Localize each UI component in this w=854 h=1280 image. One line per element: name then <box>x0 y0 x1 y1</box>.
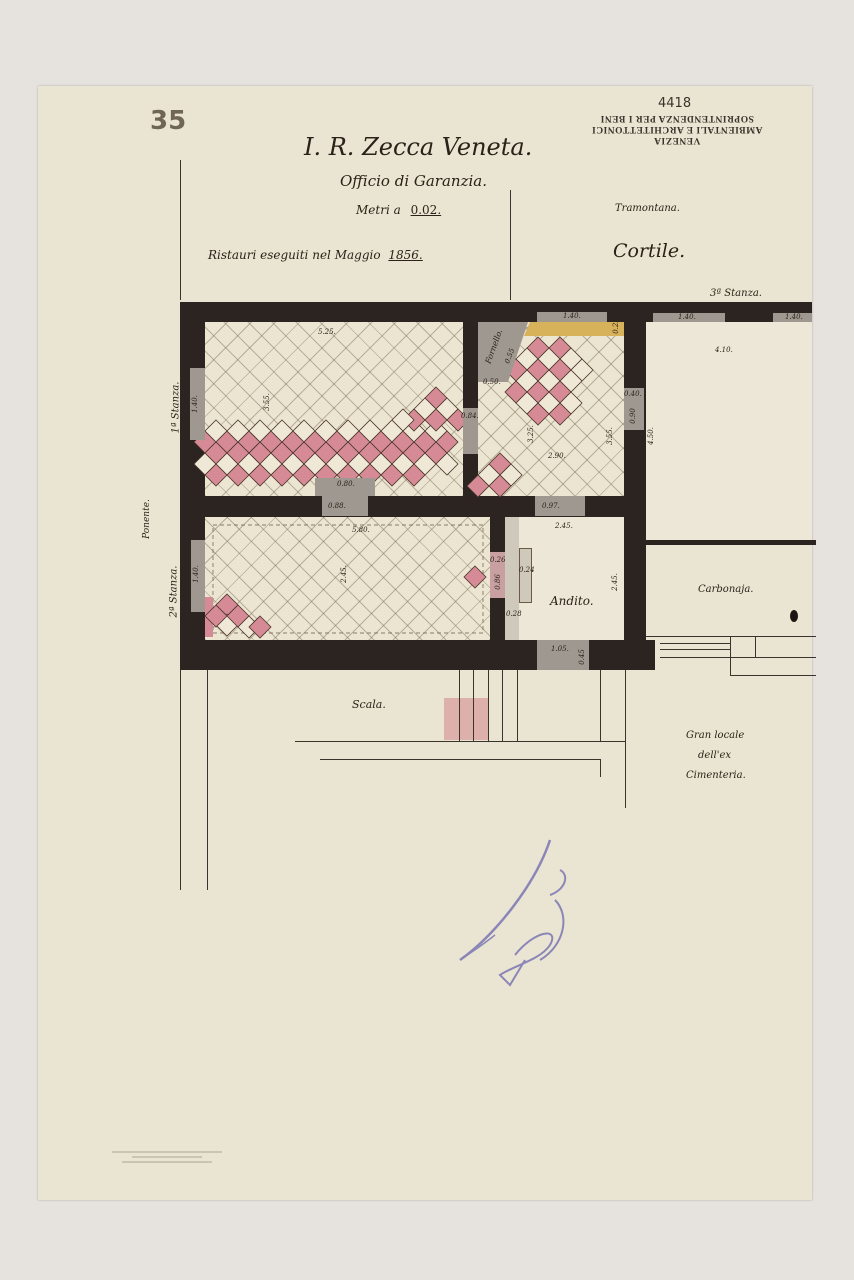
step-line <box>660 643 730 644</box>
room2-label: 2ª Stanza. <box>168 566 179 618</box>
dim-room1-bottom-door: 0.80. <box>337 480 355 488</box>
stairs-label: Scala. <box>352 698 386 711</box>
scale-value: 0.02. <box>411 203 442 217</box>
wall-mid-v <box>463 302 478 502</box>
dim-anteroom-depth: 2.45. <box>611 573 619 591</box>
guide-line <box>600 759 601 777</box>
dim-room-mid-bottom-door: 0.97. <box>542 502 560 510</box>
dim-anteroom-bottom-door: 1.05. <box>551 645 569 653</box>
dim-room2-depth: 2.45. <box>340 565 348 583</box>
room1-label: 1ª Stanza. <box>170 382 181 434</box>
dim-room3-width: 4.10. <box>715 346 733 354</box>
coal-room-label: Carbonaja. <box>698 584 753 595</box>
stair-line <box>502 670 503 741</box>
dim-yellow-strip: 0.25 <box>612 318 620 334</box>
dim-door-room1: 0.84. <box>461 412 479 420</box>
dim-room-mid-left: 3.25. <box>527 425 535 443</box>
stair-line <box>517 670 518 741</box>
west-label: Ponente. <box>142 499 152 539</box>
dim-room1-window: 1.40. <box>191 395 199 413</box>
dim-anteroom-niche: 0.24 <box>519 566 535 574</box>
wall-room3-bottom <box>646 540 816 545</box>
guide-line <box>207 668 208 890</box>
step-line <box>646 636 816 637</box>
room-1 <box>205 322 463 496</box>
dim-room3-depth: 4.50. <box>647 427 655 445</box>
dim-room1-depth: 3.55. <box>263 393 271 411</box>
stair-line <box>459 670 460 741</box>
step-line <box>660 657 816 658</box>
guide-line <box>180 160 181 300</box>
guide-line <box>625 668 626 808</box>
dim-fireplace-width: 0.50. <box>483 378 501 386</box>
dim-room-mid-door: 0.40. <box>624 390 642 398</box>
courtyard-label: Cortile. <box>613 240 685 262</box>
dim-room-mid-right: 3.55. <box>606 427 614 445</box>
faded-stamp <box>112 1148 222 1178</box>
scale-text: Metri a <box>356 203 401 217</box>
anteroom-side-strip <box>505 517 519 640</box>
ink-blot <box>790 610 798 622</box>
guide-line <box>320 759 600 760</box>
dim-room1-width: 5.25. <box>318 328 336 336</box>
stamp-line: VENEZIA <box>588 134 766 145</box>
step-line <box>660 649 730 650</box>
archive-number: 35 <box>150 106 186 136</box>
stair-line <box>473 670 474 741</box>
archive-stamp: VENEZIA AMBIENTALI E ARCHITETTONICI SOPR… <box>588 112 766 145</box>
dim-room-mid-door-h: 0.90 <box>629 408 637 424</box>
anteroom-niche <box>519 548 532 603</box>
dim-room2-door: 0.26 <box>490 556 506 564</box>
step-line <box>730 636 731 676</box>
guide-line <box>180 668 181 890</box>
room-3 <box>646 322 812 540</box>
anteroom-label: Andito. <box>550 594 594 608</box>
dim-anteroom-width: 2.45. <box>555 522 573 530</box>
scale-label: Metri a 0.02. <box>356 203 441 217</box>
note-year: 1856. <box>388 248 422 262</box>
dim-anteroom-bottom-side: 0.45 <box>578 649 586 665</box>
hall-line: dell'ex <box>686 746 746 766</box>
wall-right <box>624 302 646 662</box>
stair-line <box>488 670 489 741</box>
signature-mark <box>455 835 585 985</box>
north-label: Tramontana. <box>615 203 680 214</box>
step-line <box>755 636 756 658</box>
drawing-subtitle: Officio di Garanzia. <box>340 172 487 190</box>
stair-line <box>600 670 601 741</box>
tile-pattern <box>205 322 463 496</box>
wall-left <box>180 302 205 670</box>
dim-room2-width: 5.80. <box>352 526 370 534</box>
guide-line <box>295 741 625 742</box>
stamp-line: AMBIENTALI E ARCHITETTONICI <box>588 123 766 134</box>
guide-line <box>510 190 511 300</box>
stair-pink-wash <box>444 698 489 740</box>
hall-label: Gran locale dell'ex Cimenteria. <box>686 726 746 786</box>
inventory-number: 4418 <box>658 96 691 111</box>
dim-room2-door-h: 0.86 <box>494 574 502 590</box>
dim-top-window-far: 1.40. <box>785 313 803 321</box>
dim-room1-bottom-door2: 0.88. <box>328 502 346 510</box>
dim-room2-window: 1.40. <box>192 565 200 583</box>
dim-anteroom-side: 0.28 <box>506 610 522 618</box>
hall-line: Cimenteria. <box>686 766 746 786</box>
drawing-title: I. R. Zecca Veneta. <box>304 133 532 161</box>
hall-line: Gran locale <box>686 726 746 746</box>
step-line <box>730 675 816 676</box>
stamp-line: SOPRINTENDENZA PER I BENI <box>588 112 766 123</box>
dim-top-window-right: 1.40. <box>678 313 696 321</box>
restoration-note: Ristauri eseguiti nel Maggio 1856. <box>208 248 423 262</box>
note-text: Ristauri eseguiti nel Maggio <box>208 248 381 262</box>
dim-room-mid-width: 2.90. <box>548 452 566 460</box>
dim-top-window-mid: 1.40. <box>563 312 581 320</box>
room3-label: 3ª Stanza. <box>710 288 762 299</box>
